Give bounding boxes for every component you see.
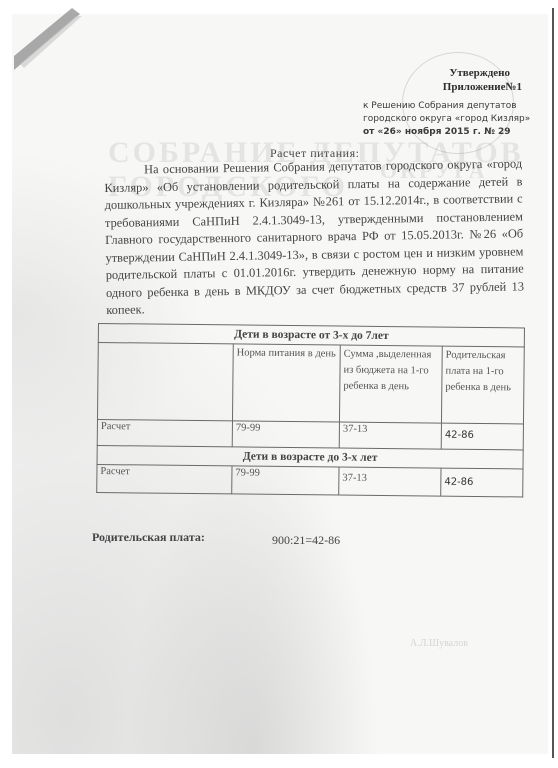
table-cell: 37-13 (339, 467, 441, 496)
annex-date-line: от «26» ноября 2015 г. № 29 (363, 126, 530, 139)
table-cell: 79-99 (232, 421, 339, 448)
approved-label: Утверждено (443, 66, 510, 80)
table-cell: 42-86 (441, 423, 523, 450)
table-header-row: Норма питания в день Сумма ,выделенная и… (97, 343, 524, 424)
approval-block: Утверждено Приложение№1 (443, 66, 510, 94)
paragraph-text: На основании Решения Собрания депутатов … (104, 155, 524, 319)
table-row: Расчет 79-99 37-13 42-86 (97, 464, 523, 496)
nutrition-calculation-table: Дети в возрасте от 3-х до 7лет Норма пит… (96, 323, 525, 497)
bleed-through-signature: А.Л.Шувалов (410, 638, 468, 649)
scan-edge-line (552, 8, 554, 758)
table-cell: 79-99 (232, 466, 339, 495)
parental-fee-label: Родительская плата: (92, 530, 205, 545)
table-cell: 37-13 (339, 422, 441, 449)
annex-reference: к Решению Собрания депутатов городского … (363, 100, 530, 139)
table-cell: Расчет (97, 419, 232, 446)
folded-corner-shadow (12, 4, 82, 74)
body-paragraph: На основании Решения Собрания депутатов … (104, 155, 524, 319)
column-header (97, 343, 233, 421)
annex-line: городского округа «город Кизляр» (363, 113, 530, 126)
table-cell: Расчет (97, 464, 232, 493)
column-header: Родительская плата на 1-го ребенка в ден… (441, 346, 524, 424)
table-cell: 42-86 (441, 468, 523, 497)
column-header: Норма питания в день (232, 344, 340, 422)
annex-line: к Решению Собрания депутатов (363, 100, 530, 113)
parental-fee-calculation: 900:21=42-86 (272, 533, 340, 548)
annex-label: Приложение№1 (443, 80, 522, 94)
column-header: Сумма ,выделенная из бюджета на 1-го реб… (339, 345, 442, 423)
